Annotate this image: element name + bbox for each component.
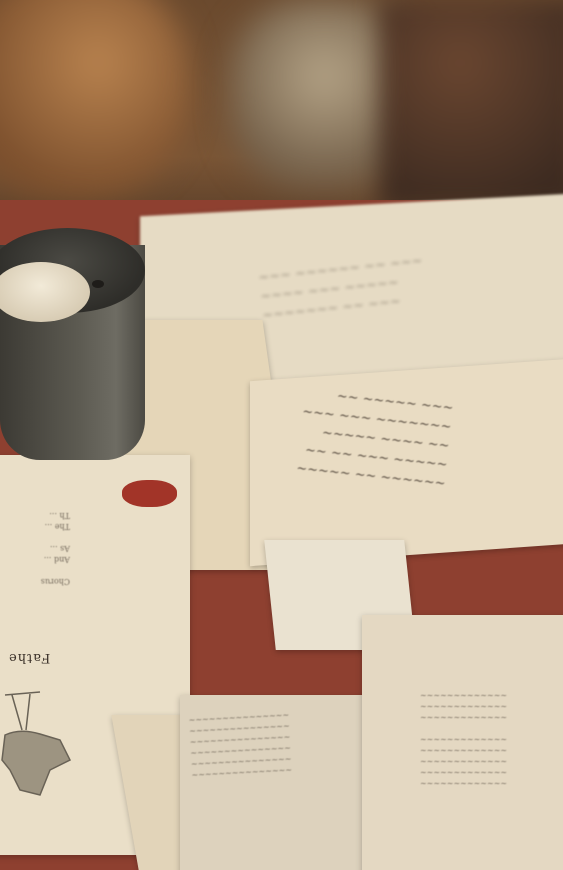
blurred-face bbox=[0, 0, 190, 200]
printed-text-right: ~~~~~~~~~~~~~ ~~~~~~~~~~~~~ ~~~~~~~~~~~~… bbox=[420, 690, 507, 789]
photo-scene: ~~~ ~~~~~~ ~~ ~~~ ~~~~ ~~~ ~~~~~ ~~~~~~~… bbox=[0, 0, 563, 870]
blurred-shoulder bbox=[380, 0, 563, 210]
woodcut-illustration bbox=[0, 690, 72, 800]
song-lines: Chorus And ... As ... The ... Th ... bbox=[0, 510, 70, 587]
inkwell-quill-hole bbox=[92, 280, 104, 288]
song-heading: Fathe bbox=[8, 650, 50, 665]
letter-handwriting: ~~~~~~ ~~ ~~~~~ ~~~~~ ~~~ ~~ ~~ ~~ ~~~~ … bbox=[295, 382, 454, 492]
printed-text-middle: ~~~~~~~~~~~~~~~ ~~~~~~~~~~~~~~~ ~~~~~~~~… bbox=[188, 709, 292, 780]
wax-seal bbox=[122, 480, 177, 507]
